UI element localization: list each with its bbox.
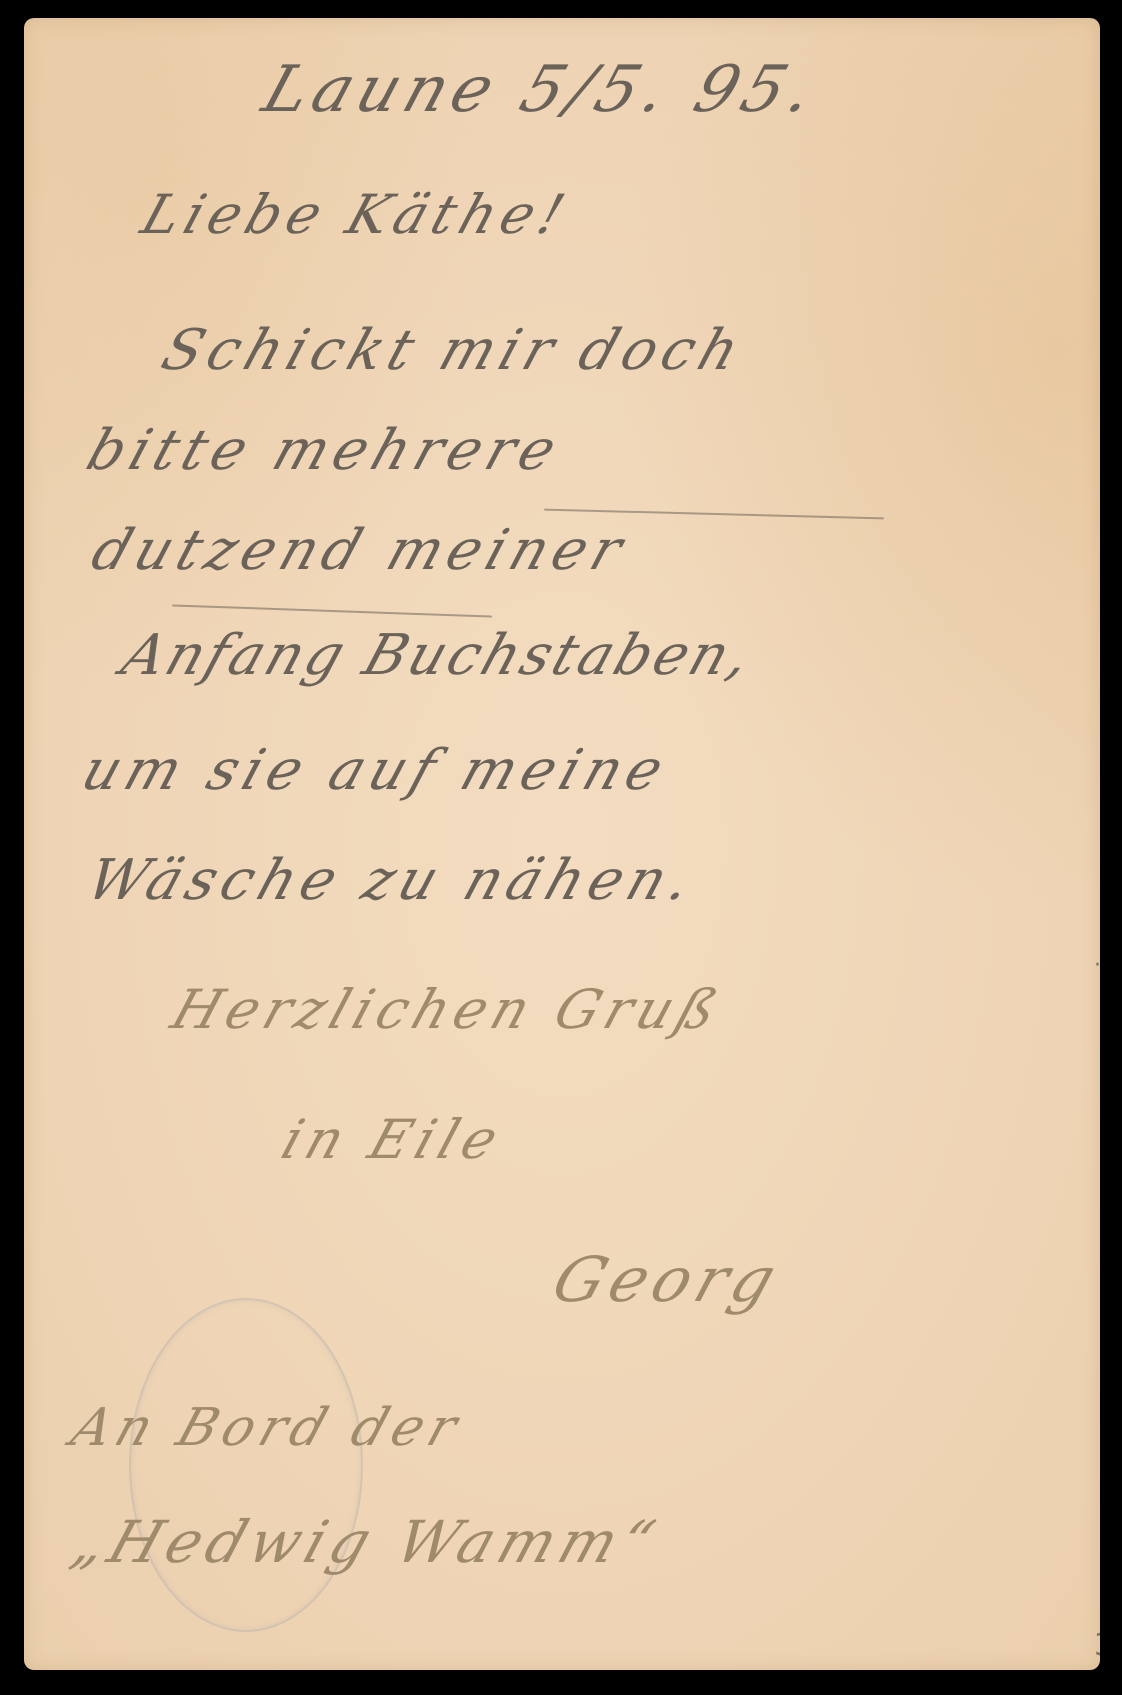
letter-line: Wäsche zu nähen. xyxy=(79,848,705,913)
closing-line: in Eile xyxy=(274,1108,512,1171)
signature: Georg xyxy=(544,1243,791,1316)
postcard: Laune 5/5. 95. Liebe Käthe! Schickt mir … xyxy=(24,18,1100,1670)
postscript-line: An Bord der xyxy=(64,1398,470,1458)
place-and-date: Laune 5/5. 95. xyxy=(254,53,829,127)
closing-line: Herzlichen Gruß xyxy=(164,978,731,1041)
letter-line: bitte mehrere xyxy=(79,418,570,483)
letter-line: Anfang Buchstaben, xyxy=(114,623,762,688)
letter-line: Schickt mir doch xyxy=(154,318,753,383)
corner-mark: 3 xyxy=(1094,1628,1100,1663)
margin-mark: · xyxy=(1094,953,1100,978)
postscript-line: „Hedwig Wamm“ xyxy=(64,1508,669,1576)
scan-frame: Laune 5/5. 95. Liebe Käthe! Schickt mir … xyxy=(0,0,1122,1695)
embossed-oval-stamp xyxy=(129,1298,363,1632)
salutation: Liebe Käthe! xyxy=(134,183,578,246)
pen-stroke xyxy=(172,604,492,617)
letter-line: um sie auf meine xyxy=(74,738,677,803)
letter-line: dutzend meiner xyxy=(84,518,636,583)
